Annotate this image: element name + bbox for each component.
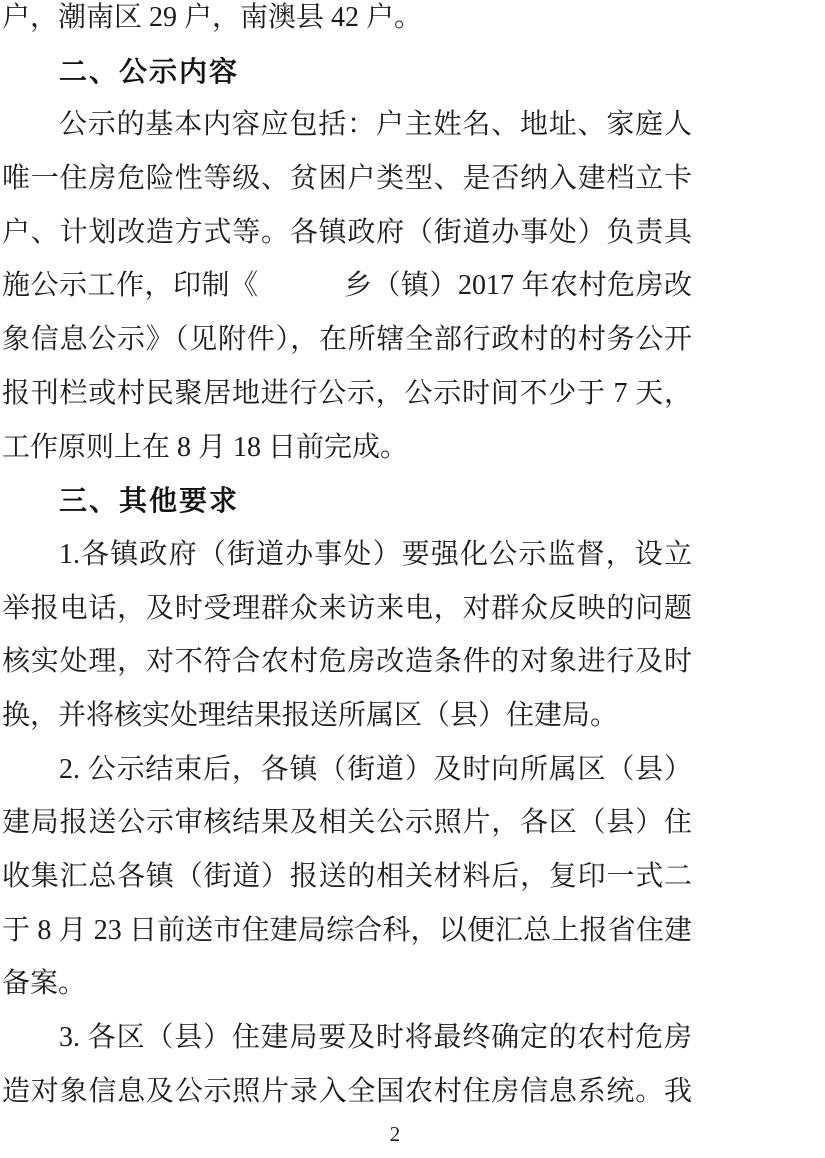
text-line: 举报电话，及时受理群众来访来电，对群众反映的问题及时 <box>2 582 692 636</box>
text-line: 造对象信息及公示照片录入全国农村住房信息系统。我局将 <box>2 1065 692 1119</box>
text-line: 2. 公示结束后，各镇（街道）及时向所属区（县）住 <box>2 743 692 797</box>
page-number: 2 <box>0 1122 790 1147</box>
text-line: 工作原则上在 8 月 18 日前完成。 <box>2 421 692 475</box>
text-line: 户，潮南区 29 户，南澳县 42 户。 <box>2 0 692 45</box>
text-line: 换，并将核实处理结果报送所属区（县）住建局。 <box>2 689 692 743</box>
text-line: 报刊栏或村民聚居地进行公示，公示时间不少于 7 天，公示 <box>2 367 692 421</box>
text-line: 备案。 <box>2 957 692 1011</box>
text-line: 收集汇总各镇（街道）报送的相关材料后，复印一式二份， <box>2 850 692 904</box>
document-body: 户，潮南区 29 户，南澳县 42 户。二、公示内容公示的基本内容应包括：户主姓… <box>2 0 692 1118</box>
section-heading: 三、其他要求 <box>2 474 692 528</box>
text-line: 建局报送公示审核结果及相关公示照片，各区（县）住建局 <box>2 796 692 850</box>
text-line: 核实处理，对不符合农村危房改造条件的对象进行及时替 <box>2 635 692 689</box>
document-page: 户，潮南区 29 户，南澳县 42 户。二、公示内容公示的基本内容应包括：户主姓… <box>0 0 825 1158</box>
section-heading: 二、公示内容 <box>2 45 692 99</box>
text-line: 1.各镇政府（街道办事处）要强化公示监督，设立群众 <box>2 528 692 582</box>
text-line: 象信息公示》（见附件），在所辖全部行政村的村务公开栏、 <box>2 313 692 367</box>
text-line: 唯一住房危险性等级、贫困户类型、是否纳入建档立卡贫困 <box>2 152 692 206</box>
text-line: 于 8 月 23 日前送市住建局综合科，以便汇总上报省住建厅 <box>2 904 692 958</box>
text-line: 施公示工作，印制《 乡（镇）2017 年农村危房改造对 <box>2 259 692 313</box>
text-line: 户、计划改造方式等。各镇政府（街道办事处）负责具体实 <box>2 206 692 260</box>
text-line: 3. 各区（县）住建局要及时将最终确定的农村危房改 <box>2 1011 692 1065</box>
text-line: 公示的基本内容应包括：户主姓名、地址、家庭人口、 <box>2 98 692 152</box>
